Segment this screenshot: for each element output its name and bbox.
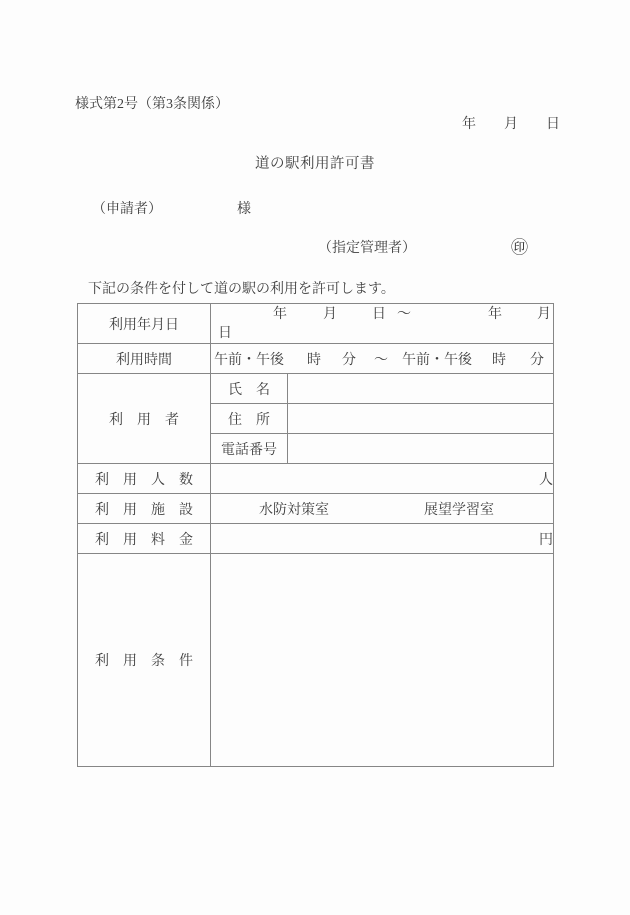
form-number: 様式第2号（第3条関係） xyxy=(75,96,229,113)
row-facility: 利 用 施 設 水防対策室 展望学習室 xyxy=(78,494,554,524)
row-conditions: 利 用 条 件 xyxy=(78,554,554,767)
document-title: 道の駅利用許可書 xyxy=(0,156,630,173)
user-address-label: 住 所 xyxy=(211,404,288,434)
use-time-ampm1: 午前・午後 xyxy=(214,349,284,369)
conditions-value-cell xyxy=(211,554,554,767)
use-date-label: 利用年月日 xyxy=(78,304,211,344)
use-time-tilde: ～ xyxy=(374,349,388,369)
use-date-day1: 日 xyxy=(372,305,386,324)
use-date-line2: 日 xyxy=(211,324,553,343)
fee-label: 利 用 料 金 xyxy=(78,524,211,554)
fee-value-cell: 円 xyxy=(211,524,554,554)
facility-option-flood-room: 水防対策室 xyxy=(259,499,329,519)
user-count-value-cell: 人 xyxy=(211,464,554,494)
permit-table: 利用年月日 年 月 日 ～ 年 月 日 利用時間 午前・午後 時 分 xyxy=(77,303,554,767)
use-date-year2: 年 xyxy=(488,305,502,324)
row-user-count: 利 用 人 数 人 xyxy=(78,464,554,494)
facility-label: 利 用 施 設 xyxy=(78,494,211,524)
conditions-label: 利 用 条 件 xyxy=(78,554,211,767)
user-name-label: 氏 名 xyxy=(211,374,288,404)
use-date-tilde: ～ xyxy=(397,305,411,324)
row-use-time: 利用時間 午前・午後 時 分 ～ 午前・午後 時 分 xyxy=(78,344,554,374)
use-date-month2: 月 xyxy=(537,305,551,324)
use-date-value-cell: 年 月 日 ～ 年 月 日 xyxy=(211,304,554,344)
use-time-label: 利用時間 xyxy=(78,344,211,374)
use-time-value-cell: 午前・午後 時 分 ～ 午前・午後 時 分 xyxy=(211,344,554,374)
permit-document-page: 様式第2号（第3条関係） 年 月 日 道の駅利用許可書 （申請者） 様 （指定管… xyxy=(0,0,630,915)
issue-date-line: 年 月 日 xyxy=(462,116,560,133)
row-user-name: 利 用 者 氏 名 xyxy=(78,374,554,404)
permission-statement: 下記の条件を付して道の駅の利用を許可します。 xyxy=(88,281,395,298)
facility-options: 水防対策室 展望学習室 xyxy=(211,499,553,519)
use-date-month1: 月 xyxy=(323,305,337,324)
row-fee: 利 用 料 金 円 xyxy=(78,524,554,554)
designated-manager-label: （指定管理者） xyxy=(318,240,416,257)
facility-option-observation-room: 展望学習室 xyxy=(424,499,494,519)
use-date-year1: 年 xyxy=(273,305,287,324)
use-time-minute1: 分 xyxy=(342,349,356,369)
use-time-ampm2: 午前・午後 xyxy=(402,349,472,369)
user-phone-value-cell xyxy=(288,434,554,464)
use-time-hour1: 時 xyxy=(307,349,321,369)
use-time-minute2: 分 xyxy=(530,349,544,369)
applicant-label: （申請者） xyxy=(92,201,162,218)
user-phone-label: 電話番号 xyxy=(211,434,288,464)
user-address-value-cell xyxy=(288,404,554,434)
row-use-date: 利用年月日 年 月 日 ～ 年 月 日 xyxy=(78,304,554,344)
use-time-hour2: 時 xyxy=(492,349,506,369)
applicant-honorific: 様 xyxy=(237,201,251,218)
user-count-label: 利 用 人 数 xyxy=(78,464,211,494)
use-time-line: 午前・午後 時 分 ～ 午前・午後 時 分 xyxy=(211,349,553,369)
use-date-line1: 年 月 日 ～ 年 月 xyxy=(211,305,553,324)
user-name-value-cell xyxy=(288,374,554,404)
user-group-label: 利 用 者 xyxy=(78,374,211,464)
facility-value-cell: 水防対策室 展望学習室 xyxy=(211,494,554,524)
seal-stamp-icon: ㊞ xyxy=(511,239,528,256)
